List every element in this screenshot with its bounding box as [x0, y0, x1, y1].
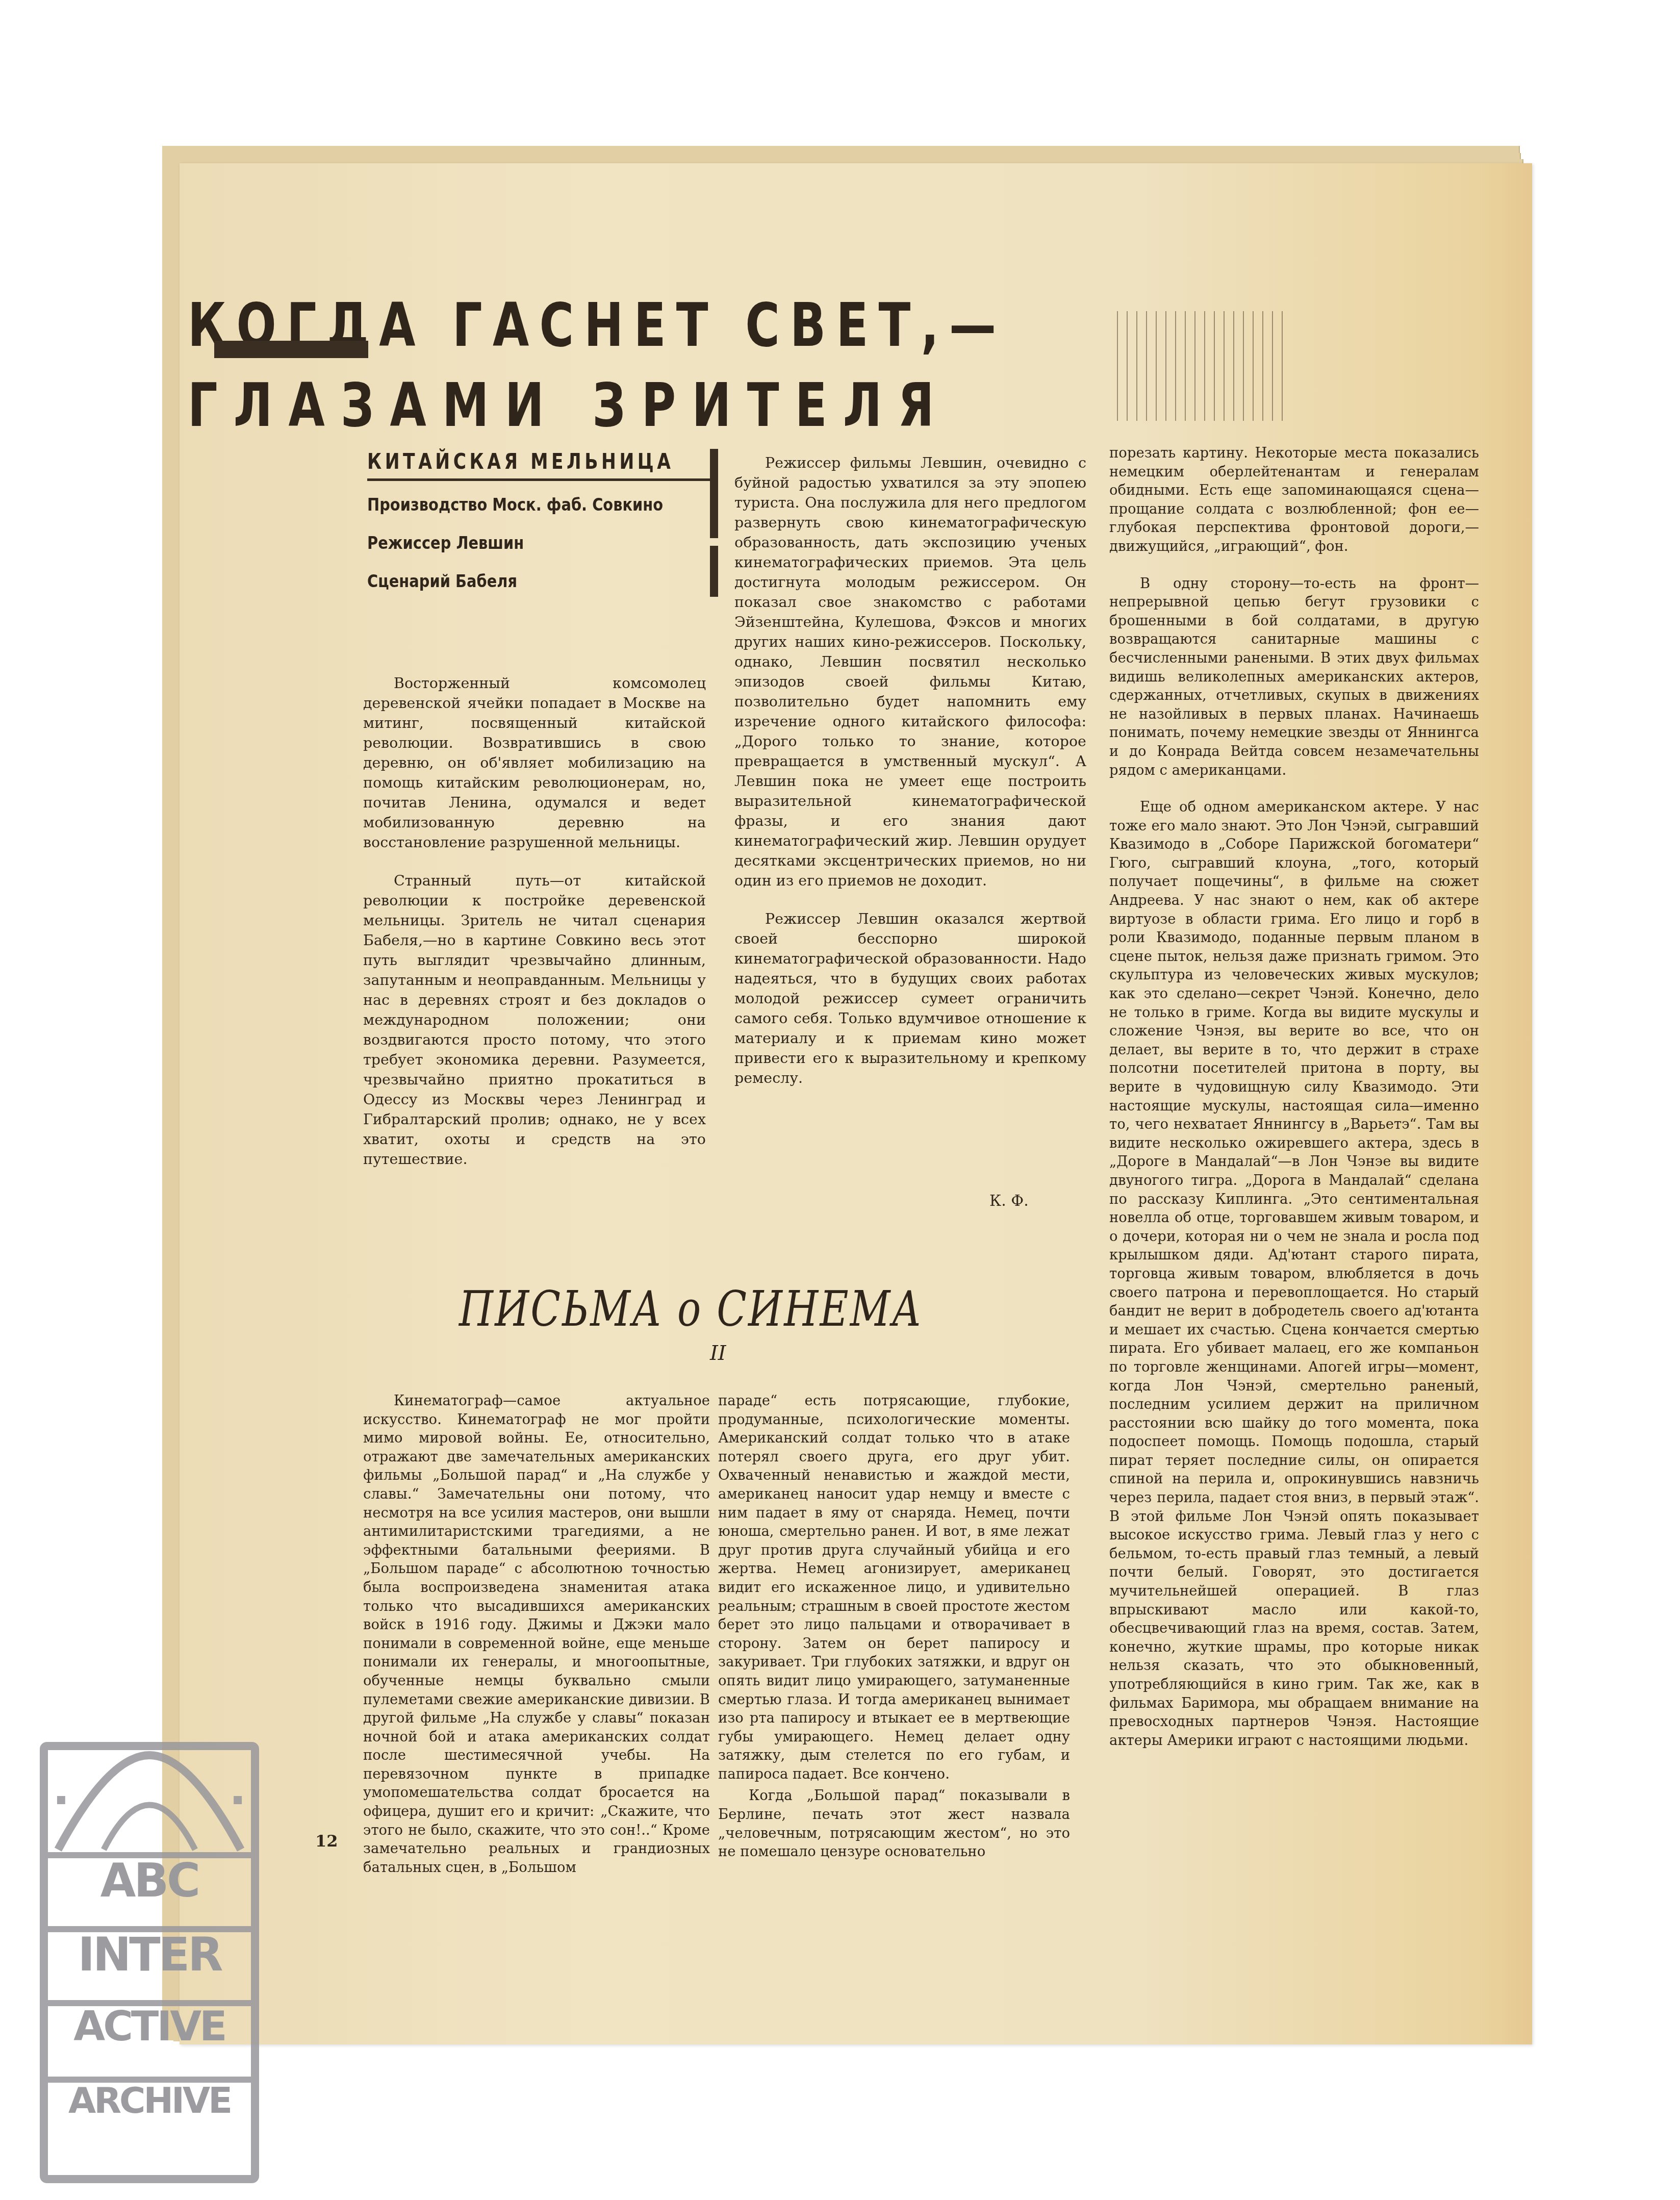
headline-bar — [214, 341, 368, 358]
right-column: порезать картину. Некоторые места показа… — [1109, 444, 1479, 1974]
section-number: II — [710, 1342, 726, 1365]
letters-column-1: Кинематограф—самое актуальное искусство.… — [363, 1392, 710, 1877]
film-box-bar — [710, 449, 718, 538]
review-signature: К. Ф. — [989, 1192, 1029, 1210]
article-paragraph: Кинематограф—самое актуальное искусство.… — [363, 1392, 710, 1877]
article-paragraph: параде“ есть потрясающие, глубокие, прод… — [718, 1392, 1070, 1783]
review-column-2: Режиссер фильмы Левшин, очевидно с буйно… — [734, 453, 1086, 1088]
letters-column-2: параде“ есть потрясающие, глубокие, прод… — [718, 1392, 1070, 1861]
film-title: КИТАЙСКАЯ МЕЛЬНИЦА — [367, 449, 674, 474]
film-box-bar — [710, 546, 718, 597]
watermark-row: INTER — [48, 1926, 251, 1978]
film-production: Производство Моск. фаб. Совкино — [367, 495, 663, 515]
film-title-rule — [367, 478, 710, 481]
review-paragraph: Восторженный комсомолец деревенской ячей… — [363, 673, 706, 852]
section-title: ПИСЬМА о СИНЕМА — [459, 1280, 923, 1337]
film-screenplay: Сценарий Бабеля — [367, 571, 517, 592]
review-column-1: Восторженный комсомолец деревенской ячей… — [363, 673, 706, 1169]
headline-line-2: ГЛАЗАМИ ЗРИТЕЛЯ — [188, 375, 950, 435]
watermark-row: ACTIVE — [48, 2000, 251, 2047]
watermark-row: ARCHIVE — [48, 2077, 251, 2118]
article-paragraph: Когда „Большой парад“ показывали в Берли… — [718, 1786, 1070, 1861]
watermark-row: ABC — [48, 1852, 251, 1904]
article-paragraph: Еще об одном американском актере. У нас … — [1109, 798, 1479, 1750]
page-number: 12 — [315, 1831, 338, 1851]
film-director: Режиссер Левшин — [367, 533, 524, 553]
decorative-hatching — [1117, 311, 1288, 421]
archive-watermark-logo: ABC INTER ACTIVE ARCHIVE — [40, 1742, 259, 2183]
review-paragraph: Странный путь—от китайской революции к п… — [363, 871, 706, 1169]
article-paragraph: порезать картину. Некоторые места показа… — [1109, 444, 1479, 556]
film-credits-box: КИТАЙСКАЯ МЕЛЬНИЦА Производство Моск. фа… — [367, 449, 717, 602]
article-paragraph: В одну сторону—то-есть на фронт—непрерыв… — [1109, 574, 1479, 780]
review-paragraph: Режиссер фильмы Левшин, очевидно с буйно… — [734, 453, 1086, 891]
review-paragraph: Режиссер Левшин оказался жертвой своей б… — [734, 909, 1086, 1088]
arch-emblem-icon — [48, 1750, 251, 1852]
